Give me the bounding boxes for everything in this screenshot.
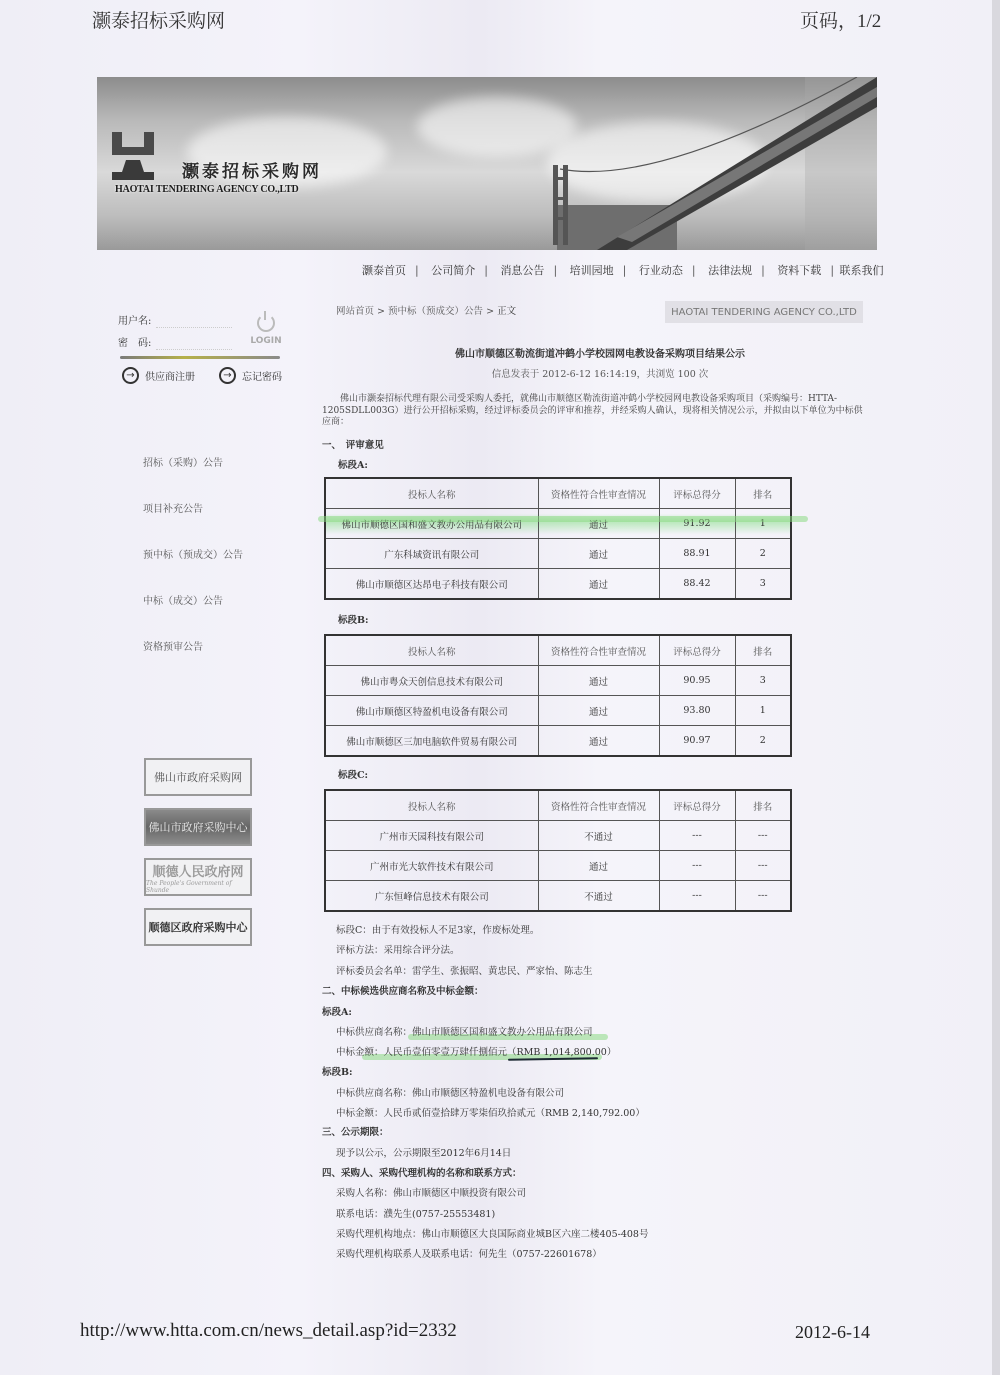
sidebar-item-supplement-notice[interactable]: 项目补充公告: [143, 500, 243, 546]
nav-notices[interactable]: 消息公告: [500, 264, 544, 277]
winner-lot-b-label: 标段B:: [322, 1064, 353, 1078]
nav-about[interactable]: 公司简介: [431, 264, 475, 277]
username-label: 用户名:: [118, 312, 156, 327]
username-input[interactable]: [156, 311, 232, 328]
header-qualification: 资格性符合性审查情况: [538, 478, 659, 509]
score: 88.42: [659, 569, 735, 600]
qualification-status: 通过: [538, 569, 659, 600]
score: 91.92: [659, 509, 735, 539]
nav-contact[interactable]: 联系我们: [840, 264, 884, 277]
breadcrumb-home[interactable]: 网站首页: [336, 306, 374, 317]
section-heading-period: 三、公示期限：: [322, 1124, 389, 1138]
purchaser-name: 采购人名称：佛山市顺德区中顺投资有限公司: [336, 1185, 526, 1199]
breadcrumb-section[interactable]: 预中标（预成交）公告: [388, 306, 483, 317]
agency-label: HAOTAI TENDERING AGENCY CO.,LTD: [665, 301, 863, 323]
score: ---: [659, 881, 735, 912]
section-heading-review: 一、 评审意见: [322, 437, 384, 451]
lot-b-table: 投标人名称 资格性符合性审查情况 评标总得分 排名 佛山市粤众天创信息技术有限公…: [324, 634, 792, 757]
site-banner: 灏泰招标采购网 HAOTAI TENDERING AGENCY CO.,LTD: [97, 77, 877, 250]
agency-address: 采购代理机构地点：佛山市顺德区大良国际商业城B区六座二楼405-408号: [336, 1226, 648, 1240]
qualification-status: 不通过: [538, 881, 659, 912]
winner-lot-a-amount: 中标金额：人民币壹佰零壹万肆仟捌佰元（RMB 1,014,800.00）: [336, 1044, 616, 1058]
bidder-name: 广州市天园科技有限公司: [325, 821, 538, 851]
score: 90.95: [659, 666, 735, 696]
bidder-name: 佛山市粤众天创信息技术有限公司: [325, 666, 538, 696]
qualification-status: 通过: [538, 851, 659, 881]
link-foshan-procurement-center[interactable]: 佛山市政府采购中心: [144, 808, 252, 846]
header-rank: 排名: [735, 478, 791, 509]
table-header-row: 投标人名称 资格性符合性审查情况 评标总得分 排名: [325, 635, 791, 666]
header-qualification: 资格性符合性审查情况: [538, 635, 659, 666]
sidebar-item-tender-notice[interactable]: 招标（采购）公告: [143, 454, 243, 500]
link-label: 顺德人民政府网: [152, 861, 243, 880]
header-rank: 排名: [735, 790, 791, 821]
table-row: 佛山市顺德区达昂电子科技有限公司 通过 88.42 3: [325, 569, 791, 600]
table-header-row: 投标人名称 资格性符合性审查情况 评标总得分 排名: [325, 790, 791, 821]
lot-b-label: 标段B:: [338, 612, 369, 626]
password-label: 密 码:: [118, 334, 156, 349]
header-rank: 排名: [735, 635, 791, 666]
winner-lot-b-supplier: 中标供应商名称：佛山市顺德区特盈机电设备有限公司: [336, 1085, 564, 1099]
table-row: 广州市光大软件技术有限公司 通过 --- ---: [325, 851, 791, 881]
partner-links: 佛山市政府采购网 佛山市政府采购中心 顺德人民政府网The People's G…: [144, 758, 252, 958]
table-row: 佛山市粤众天创信息技术有限公司 通过 90.95 3: [325, 666, 791, 696]
rank: 2: [735, 539, 791, 569]
bidder-name: 广东科域资讯有限公司: [325, 539, 538, 569]
bidder-name: 广州市光大软件技术有限公司: [325, 851, 538, 881]
table-row: 佛山市顺德区三加电脑软件贸易有限公司 通过 90.97 2: [325, 726, 791, 757]
bidder-name: 佛山市顺德区特盈机电设备有限公司: [325, 696, 538, 726]
rank: 2: [735, 726, 791, 757]
top-navigation: 灏泰首页| 公司简介| 消息公告| 培训园地| 行业动态| 法律法规| 资料下载…: [362, 262, 884, 278]
nav-laws[interactable]: 法律法规: [708, 264, 752, 277]
link-shunde-procurement-center[interactable]: 顺德区政府采购中心: [144, 908, 252, 946]
print-footer-url: http://www.htta.com.cn/news_detail.asp?i…: [80, 1320, 457, 1342]
breadcrumb-current: 正文: [497, 306, 516, 317]
section-heading-winners: 二、中标候选供应商名称及中标金额：: [322, 983, 484, 997]
article-meta: 信息发表于 2012-6-12 16:14:19，共浏览 100 次: [330, 366, 870, 380]
purchaser-phone: 联系电话：濮先生(0757-25553481): [336, 1206, 495, 1220]
rank: 1: [735, 696, 791, 726]
header-score: 评标总得分: [659, 635, 735, 666]
nav-home[interactable]: 灏泰首页: [362, 264, 406, 277]
pen-underline: [508, 1057, 598, 1061]
nav-industry-news[interactable]: 行业动态: [639, 264, 683, 277]
table-row: 广州市天园科技有限公司 不通过 --- ---: [325, 821, 791, 851]
link-foshan-gov-procurement[interactable]: 佛山市政府采购网: [144, 758, 252, 796]
qualification-status: 通过: [538, 509, 659, 539]
header-score: 评标总得分: [659, 478, 735, 509]
rank: ---: [735, 821, 791, 851]
logo-chinese-name: 灏泰招标采购网: [182, 157, 322, 182]
sidebar-item-prequalification-notice[interactable]: 资格预审公告: [143, 638, 243, 684]
arrow-right-icon: →: [219, 367, 236, 384]
winner-lot-a-supplier: 中标供应商名称：佛山市顺德区国和盛文教办公用品有限公司: [336, 1024, 593, 1038]
password-input[interactable]: [156, 333, 232, 350]
score: 93.80: [659, 696, 735, 726]
sidebar-menu: 招标（采购）公告 项目补充公告 预中标（预成交）公告 中标（成交）公告 资格预审…: [143, 454, 243, 684]
print-header-page-number: 页码，1/2: [800, 6, 881, 33]
nav-training[interactable]: 培训园地: [570, 264, 614, 277]
sidebar-item-award-notice[interactable]: 中标（成交）公告: [143, 592, 243, 638]
bidder-name: 佛山市顺德区三加电脑软件贸易有限公司: [325, 726, 538, 757]
publicity-period: 现予以公示，公示期限至2012年6月14日: [336, 1145, 511, 1159]
forgot-password-link[interactable]: 忘记密码: [242, 368, 282, 383]
header-score: 评标总得分: [659, 790, 735, 821]
header-qualification: 资格性符合性审查情况: [538, 790, 659, 821]
lot-a-table: 投标人名称 资格性符合性审查情况 评标总得分 排名 佛山市顺德区国和盛文教办公用…: [324, 477, 792, 600]
haotai-logo-icon: [112, 132, 154, 180]
arrow-right-icon: →: [122, 367, 139, 384]
lot-c-label: 标段C:: [338, 767, 368, 781]
supplier-register-link[interactable]: 供应商注册: [145, 368, 195, 383]
lot-a-label: 标段A:: [338, 457, 368, 471]
header-bidder: 投标人名称: [325, 478, 538, 509]
nav-downloads[interactable]: 资料下载: [777, 264, 821, 277]
link-label: 佛山市政府采购网: [154, 769, 242, 785]
rank: 1: [735, 509, 791, 539]
lot-c-note: 标段C：由于有效投标人不足3家，作废标处理。: [336, 922, 539, 936]
score: ---: [659, 851, 735, 881]
nav-separator: |: [761, 264, 765, 277]
section-heading-contacts: 四、采购人、采购代理机构的名称和联系方式：: [322, 1165, 522, 1179]
link-sublabel: The People's Government of Shunde: [146, 880, 250, 894]
winner-lot-b-amount: 中标金额：人民币贰佰壹拾肆万零柒佰玖拾贰元（RMB 2,140,792.00）: [336, 1105, 645, 1119]
agency-contact: 采购代理机构联系人及联系电话：何先生（0757-22601678）: [336, 1246, 602, 1260]
rank: 3: [735, 666, 791, 696]
login-panel: 用户名: 密 码: LOGIN → 供应商注册 → 忘记密码: [118, 308, 278, 352]
highlighter-mark: [318, 516, 808, 522]
nav-separator: |: [415, 264, 419, 277]
table-row: 佛山市顺德区国和盛文教办公用品有限公司 通过 91.92 1: [325, 509, 791, 539]
login-button-label: LOGIN: [250, 336, 281, 346]
rank: ---: [735, 881, 791, 912]
login-button[interactable]: LOGIN: [246, 314, 286, 346]
article-title: 佛山市顺德区勒流街道冲鹤小学校园网电教设备采购项目结果公示: [330, 345, 870, 360]
lot-c-table: 投标人名称 资格性符合性审查情况 评标总得分 排名 广州市天园科技有限公司 不通…: [324, 789, 792, 912]
bidder-name: 广东恒峰信息技术有限公司: [325, 881, 538, 912]
header-bidder: 投标人名称: [325, 790, 538, 821]
evaluation-method: 评标方法：采用综合评分法。: [336, 942, 460, 956]
nav-separator: |: [623, 264, 627, 277]
winner-lot-a-label: 标段A:: [322, 1004, 352, 1018]
logo-english-name: HAOTAI TENDERING AGENCY CO.,LTD: [115, 184, 299, 195]
breadcrumb-separator: >: [486, 306, 494, 317]
table-row: 广东科域资讯有限公司 通过 88.91 2: [325, 539, 791, 569]
qualification-status: 通过: [538, 726, 659, 757]
link-label: 佛山市政府采购中心: [149, 819, 248, 835]
login-divider: [120, 356, 280, 359]
link-label: 顺德区政府采购中心: [149, 919, 248, 935]
breadcrumb-separator: >: [377, 306, 385, 317]
table-row: 广东恒峰信息技术有限公司 不通过 --- ---: [325, 881, 791, 912]
sidebar-item-pre-award-notice[interactable]: 预中标（预成交）公告: [143, 546, 243, 592]
qualification-status: 通过: [538, 666, 659, 696]
article-intro: 佛山市灏泰招标代理有限公司受采购人委托，就佛山市顺德区勒流街道冲鹤小学校园网电教…: [322, 394, 870, 429]
bidder-name: 佛山市顺德区国和盛文教办公用品有限公司: [325, 509, 538, 539]
rank: 3: [735, 569, 791, 600]
print-footer-date: 2012-6-14: [795, 1322, 870, 1343]
header-bidder: 投标人名称: [325, 635, 538, 666]
qualification-status: 通过: [538, 539, 659, 569]
qualification-status: 不通过: [538, 821, 659, 851]
nav-separator: |: [692, 264, 696, 277]
rank: ---: [735, 851, 791, 881]
scan-edge: [992, 0, 1000, 1375]
table-row: 佛山市顺德区特盈机电设备有限公司 通过 93.80 1: [325, 696, 791, 726]
score: 88.91: [659, 539, 735, 569]
power-icon: [257, 314, 275, 332]
link-shunde-gov[interactable]: 顺德人民政府网The People's Government of Shunde: [144, 858, 252, 896]
committee-list: 评标委员会名单：雷学生、张振昭、黄忠民、严家怡、陈志生: [336, 963, 593, 977]
table-header-row: 投标人名称 资格性符合性审查情况 评标总得分 排名: [325, 478, 791, 509]
bidder-name: 佛山市顺德区达昂电子科技有限公司: [325, 569, 538, 600]
nav-separator: |: [484, 264, 488, 277]
score: ---: [659, 821, 735, 851]
breadcrumb: 网站首页 > 预中标（预成交）公告 > 正文: [336, 303, 516, 317]
qualification-status: 通过: [538, 696, 659, 726]
nav-separator: |: [553, 264, 557, 277]
nav-separator: |: [830, 264, 834, 277]
score: 90.97: [659, 726, 735, 757]
print-header-site-title: 灏泰招标采购网: [92, 6, 225, 33]
